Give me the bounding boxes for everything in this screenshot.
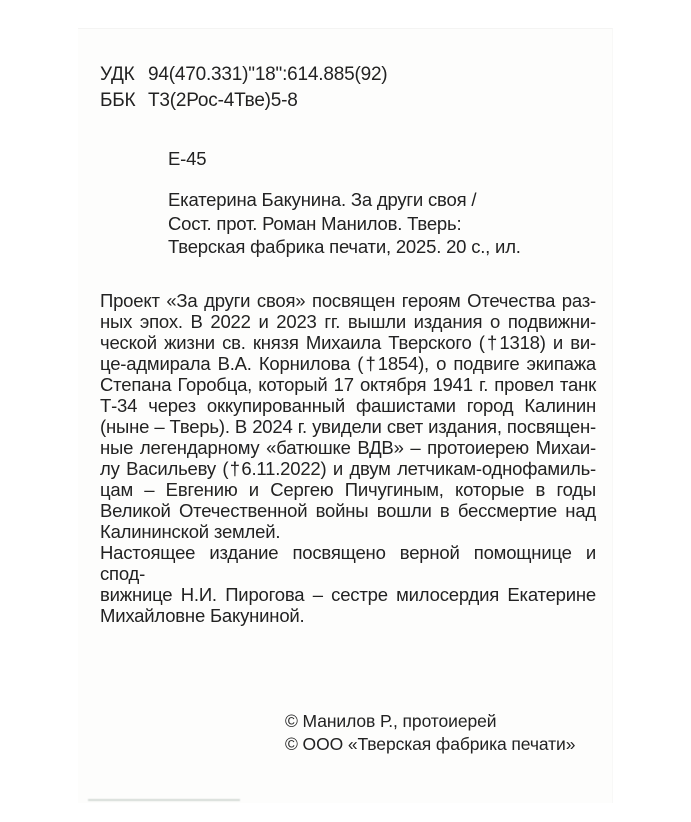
bibliographic-description: Екатерина Бакунина. За други своя / Сост… <box>168 188 521 259</box>
annotation-line: Настоящее издание посвящено верной помощ… <box>100 542 596 584</box>
author-sign: Е-45 <box>168 148 206 170</box>
annotation-line: Михайловне Бакуниной. <box>100 605 596 626</box>
copyright-line: © ООО «Тверская фабрика печати» <box>285 733 575 756</box>
annotation-line: цам – Евгению и Сергею Пичугиным, которы… <box>100 479 596 500</box>
annotation-line: ные легендарному «батюшке ВДВ» – протоие… <box>100 437 596 458</box>
bibliographic-line: Тверская фабрика печати, 2025. 20 с., ил… <box>168 235 521 259</box>
bibliographic-line: Сост. прот. Роман Манилов. Тверь: <box>168 212 521 236</box>
annotation-paragraph-1: Проект «За други своя» посвящен героям О… <box>100 290 596 542</box>
udk-row: УДК94(470.331)"18":614.885(92) <box>100 62 387 88</box>
annotation-line: Проект «За други своя» посвящен героям О… <box>100 290 596 311</box>
annotation-line: ческой жизни св. князя Михаила Тверского… <box>100 332 596 353</box>
annotation-line: Т-34 через оккупированный фашистами горо… <box>100 395 596 416</box>
scan-background: УДК94(470.331)"18":614.885(92) ББКТ3(2Ро… <box>0 0 691 822</box>
bbk-label: ББК <box>100 88 148 114</box>
udk-label: УДК <box>100 62 148 88</box>
annotation-line: (ныне – Тверь). В 2024 г. увидели свет и… <box>100 416 596 437</box>
copyright-block: © Манилов Р., протоиерей © ООО «Тверская… <box>285 710 575 756</box>
annotation-line: лу Васильеву (†6.11.2022) и двум летчика… <box>100 458 596 479</box>
annotation-line: Калининской землей. <box>100 521 596 542</box>
bbk-value: Т3(2Рос-4Тве)5-8 <box>148 90 298 111</box>
annotation-line: вижнице Н.И. Пирогова – сестре милосерди… <box>100 584 596 605</box>
annotation-line: Великой Отечественной войны вошли в бесс… <box>100 500 596 521</box>
classification-block: УДК94(470.331)"18":614.885(92) ББКТ3(2Ро… <box>100 62 387 114</box>
bbk-row: ББКТ3(2Рос-4Тве)5-8 <box>100 88 387 114</box>
annotation-block: Проект «За други своя» посвящен героям О… <box>100 290 596 626</box>
annotation-line: Степана Горобца, который 17 октября 1941… <box>100 374 596 395</box>
copyright-line: © Манилов Р., протоиерей <box>285 710 575 733</box>
udk-value: 94(470.331)"18":614.885(92) <box>148 64 387 85</box>
annotation-line: ных эпох. В 2022 и 2023 гг. вышли издани… <box>100 311 596 332</box>
book-imprint-page: УДК94(470.331)"18":614.885(92) ББКТ3(2Ро… <box>78 28 613 803</box>
annotation-line: це-адмирала В.А. Корнилова (†1854), о по… <box>100 353 596 374</box>
scan-artifact-line <box>88 799 240 801</box>
annotation-paragraph-2: Настоящее издание посвящено верной помощ… <box>100 542 596 626</box>
bibliographic-line: Екатерина Бакунина. За други своя / <box>168 188 521 212</box>
